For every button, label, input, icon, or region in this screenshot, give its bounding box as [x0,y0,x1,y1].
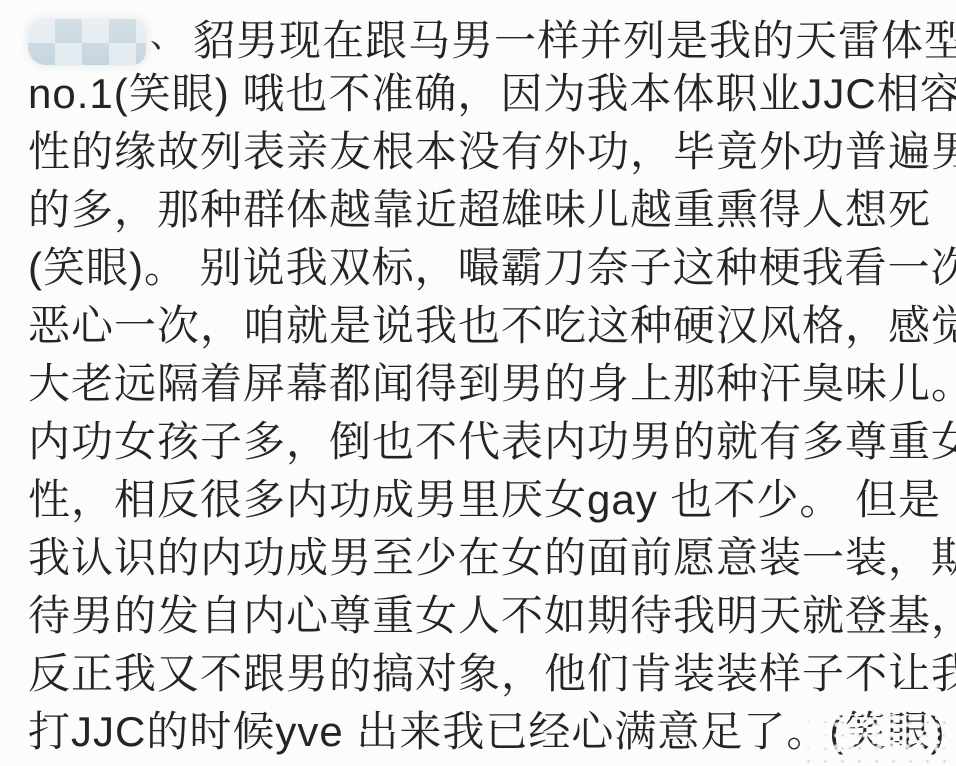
text-line-1-content: 貂男现在跟马男一样并列是我的天雷体型 [193,17,956,64]
enumeration-mark: 、 [150,7,185,65]
text-line-12: 反正我又不跟男的搞对象，他们肯装装样子不让我 [28,645,936,703]
text-line-6: 恶心一次，咱就是说我也不吃这种硬汉风格，感觉 [28,297,936,355]
text-line-11: 待男的发自内心尊重女人不如期待我明天就登基， [28,587,936,645]
text-line-9: 性，相反很多内功成男里厌女gay 也不少。 但是 [28,471,936,529]
post-text-screenshot: 、貂男现在跟马男一样并列是我的天雷体型 no.1(笑眼) 哦也不准确，因为我本体… [0,0,956,766]
text-line-5: (笑眼)。 别说我双标，嘬霸刀奈子这种梗我看一次 [28,239,936,297]
text-line-4: 的多，那种群体越靠近超雄味儿越重熏得人想死 [28,181,936,239]
text-line-7: 大老远隔着屏幕都闻得到男的身上那种汗臭味儿。 [28,355,936,413]
text-line-1: 、貂男现在跟马男一样并列是我的天雷体型 [28,7,936,65]
text-line-8: 内功女孩子多，倒也不代表内功男的就有多尊重女 [28,413,936,471]
text-line-13: 打JJC的时候yve 出来我已经心满意足了。(笑眼) [28,703,936,761]
text-line-2: no.1(笑眼) 哦也不准确，因为我本体职业JJC相容 [28,65,936,123]
text-line-10: 我认识的内功成男至少在女的面前愿意装一装，期 [28,529,936,587]
text-line-3: 性的缘故列表亲友根本没有外功，毕竟外功普遍男 [28,123,936,181]
redacted-username-blur [28,19,146,65]
